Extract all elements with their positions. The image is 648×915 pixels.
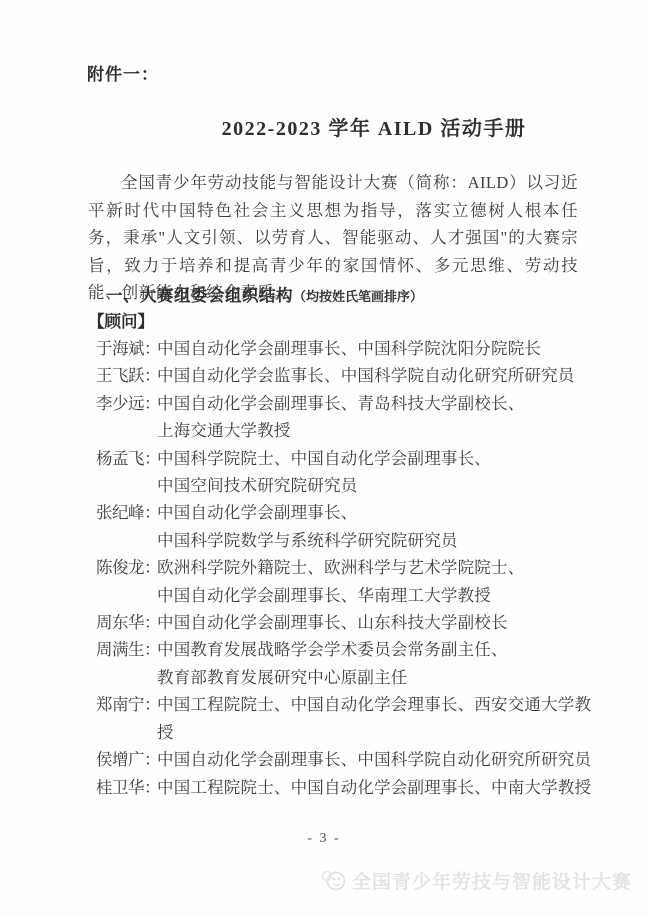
advisor-entry: 陈俊龙： 欧洲科学院外籍院士、欧洲科学与艺术学院院士、 中国自动化学会副理事长、… [96,554,601,609]
section-heading: 一、大赛组委会组织结构（均按姓氏笔画排序） [106,282,423,306]
advisor-name: 周满生： [96,636,157,663]
advisor-name: 于海斌： [96,335,157,362]
advisor-name: 王飞跃： [96,362,157,389]
advisors-list: 于海斌： 中国自动化学会副理事长、中国科学院沈阳分院院长 王飞跃： 中国自动化学… [96,335,601,801]
document-page: 附件一： 2022-2023 学年 AILD 活动手册 全国青少年劳动技能与智能… [0,0,648,915]
advisor-desc: 中国自动化学会副理事长、青岛科技大学副校长、 上海交通大学教授 [157,390,601,445]
advisor-entry: 杨孟飞： 中国科学院院士、中国自动化学会副理事长、 中国空间技术研究院研究员 [96,445,601,500]
advisor-entry: 周满生： 中国教育发展战略学会学术委员会常务副主任、 教育部教育发展研究中心原副… [96,636,601,691]
advisor-line: 中国自动化学会副理事长、 [157,499,601,526]
advisor-line: 教育部教育发展研究中心原副主任 [157,664,601,691]
advisor-entry: 郑南宁： 中国工程院院士、中国自动化学会理事长、西安交通大学教 授 [96,691,601,746]
advisor-line: 中国工程院院士、中国自动化学会理事长、西安交通大学教 [157,691,601,718]
advisor-line: 中国自动化学会副理事长、山东科技大学副校长 [157,609,601,636]
advisors-label: 【顾问】 [88,308,154,332]
page-number: - 3 - [0,831,648,847]
watermark: 全国青少年劳技与智能设计大赛 [320,867,632,894]
advisor-line: 中国科学院院士、中国自动化学会副理事长、 [157,445,601,472]
advisor-desc: 中国工程院院士、中国自动化学会理事长、西安交通大学教 授 [157,691,601,746]
advisor-name: 李少远： [96,390,157,417]
advisor-desc: 欧洲科学院外籍院士、欧洲科学与艺术学院院士、 中国自动化学会副理事长、华南理工大… [157,554,601,609]
section-heading-text: 一、大赛组委会组织结构 [106,286,293,305]
advisor-line: 授 [157,719,601,746]
advisor-entry: 侯增广： 中国自动化学会副理事长、中国科学院自动化研究所研究员 [96,746,601,773]
advisor-desc: 中国自动化学会副理事长、中国科学院沈阳分院院长 [157,335,601,362]
advisor-name: 桂卫华： [96,774,157,801]
advisor-entry: 李少远： 中国自动化学会副理事长、青岛科技大学副校长、 上海交通大学教授 [96,390,601,445]
advisor-desc: 中国自动化学会监事长、中国科学院自动化研究所研究员 [157,362,601,389]
document-title: 2022-2023 学年 AILD 活动手册 [100,112,648,141]
section-heading-note: （均按姓氏笔画排序） [293,289,423,304]
competition-logo-icon [320,867,347,894]
advisor-line: 中国自动化学会副理事长、青岛科技大学副校长、 [157,390,601,417]
advisor-name: 周东华： [96,609,157,636]
advisor-entry: 桂卫华： 中国工程院院士、中国自动化学会副理事长、中南大学教授 [96,774,601,801]
advisor-line: 上海交通大学教授 [157,417,601,444]
advisor-line: 中国教育发展战略学会学术委员会常务副主任、 [157,636,601,663]
advisor-line: 中国自动化学会副理事长、中国科学院自动化研究所研究员 [157,746,601,773]
advisor-line: 中国自动化学会副理事长、中国科学院沈阳分院院长 [157,335,601,362]
advisor-desc: 中国工程院院士、中国自动化学会副理事长、中南大学教授 [157,774,601,801]
advisor-line: 欧洲科学院外籍院士、欧洲科学与艺术学院院士、 [157,554,601,581]
watermark-text: 全国青少年劳技与智能设计大赛 [352,867,632,894]
advisor-line: 中国科学院数学与系统科学研究院研究员 [157,527,601,554]
advisor-desc: 中国自动化学会副理事长、中国科学院自动化研究所研究员 [157,746,601,773]
advisor-entry: 王飞跃： 中国自动化学会监事长、中国科学院自动化研究所研究员 [96,362,601,389]
advisor-line: 中国自动化学会副理事长、华南理工大学教授 [157,582,601,609]
advisor-entry: 周东华： 中国自动化学会副理事长、山东科技大学副校长 [96,609,601,636]
advisor-name: 杨孟飞： [96,445,157,472]
advisor-entry: 于海斌： 中国自动化学会副理事长、中国科学院沈阳分院院长 [96,335,601,362]
advisor-desc: 中国教育发展战略学会学术委员会常务副主任、 教育部教育发展研究中心原副主任 [157,636,601,691]
advisor-name: 陈俊龙： [96,554,157,581]
advisor-desc: 中国自动化学会副理事长、山东科技大学副校长 [157,609,601,636]
advisor-name: 郑南宁： [96,691,157,718]
attachment-label: 附件一： [87,60,159,85]
advisor-line: 中国自动化学会监事长、中国科学院自动化研究所研究员 [157,362,601,389]
advisor-desc: 中国科学院院士、中国自动化学会副理事长、 中国空间技术研究院研究员 [157,445,601,500]
advisor-desc: 中国自动化学会副理事长、 中国科学院数学与系统科学研究院研究员 [157,499,601,554]
advisor-line: 中国工程院院士、中国自动化学会副理事长、中南大学教授 [157,774,601,801]
advisor-line: 中国空间技术研究院研究员 [157,472,601,499]
advisor-entry: 张纪峰： 中国自动化学会副理事长、 中国科学院数学与系统科学研究院研究员 [96,499,601,554]
advisor-name: 张纪峰： [96,499,157,526]
advisor-name: 侯增广： [96,746,157,773]
